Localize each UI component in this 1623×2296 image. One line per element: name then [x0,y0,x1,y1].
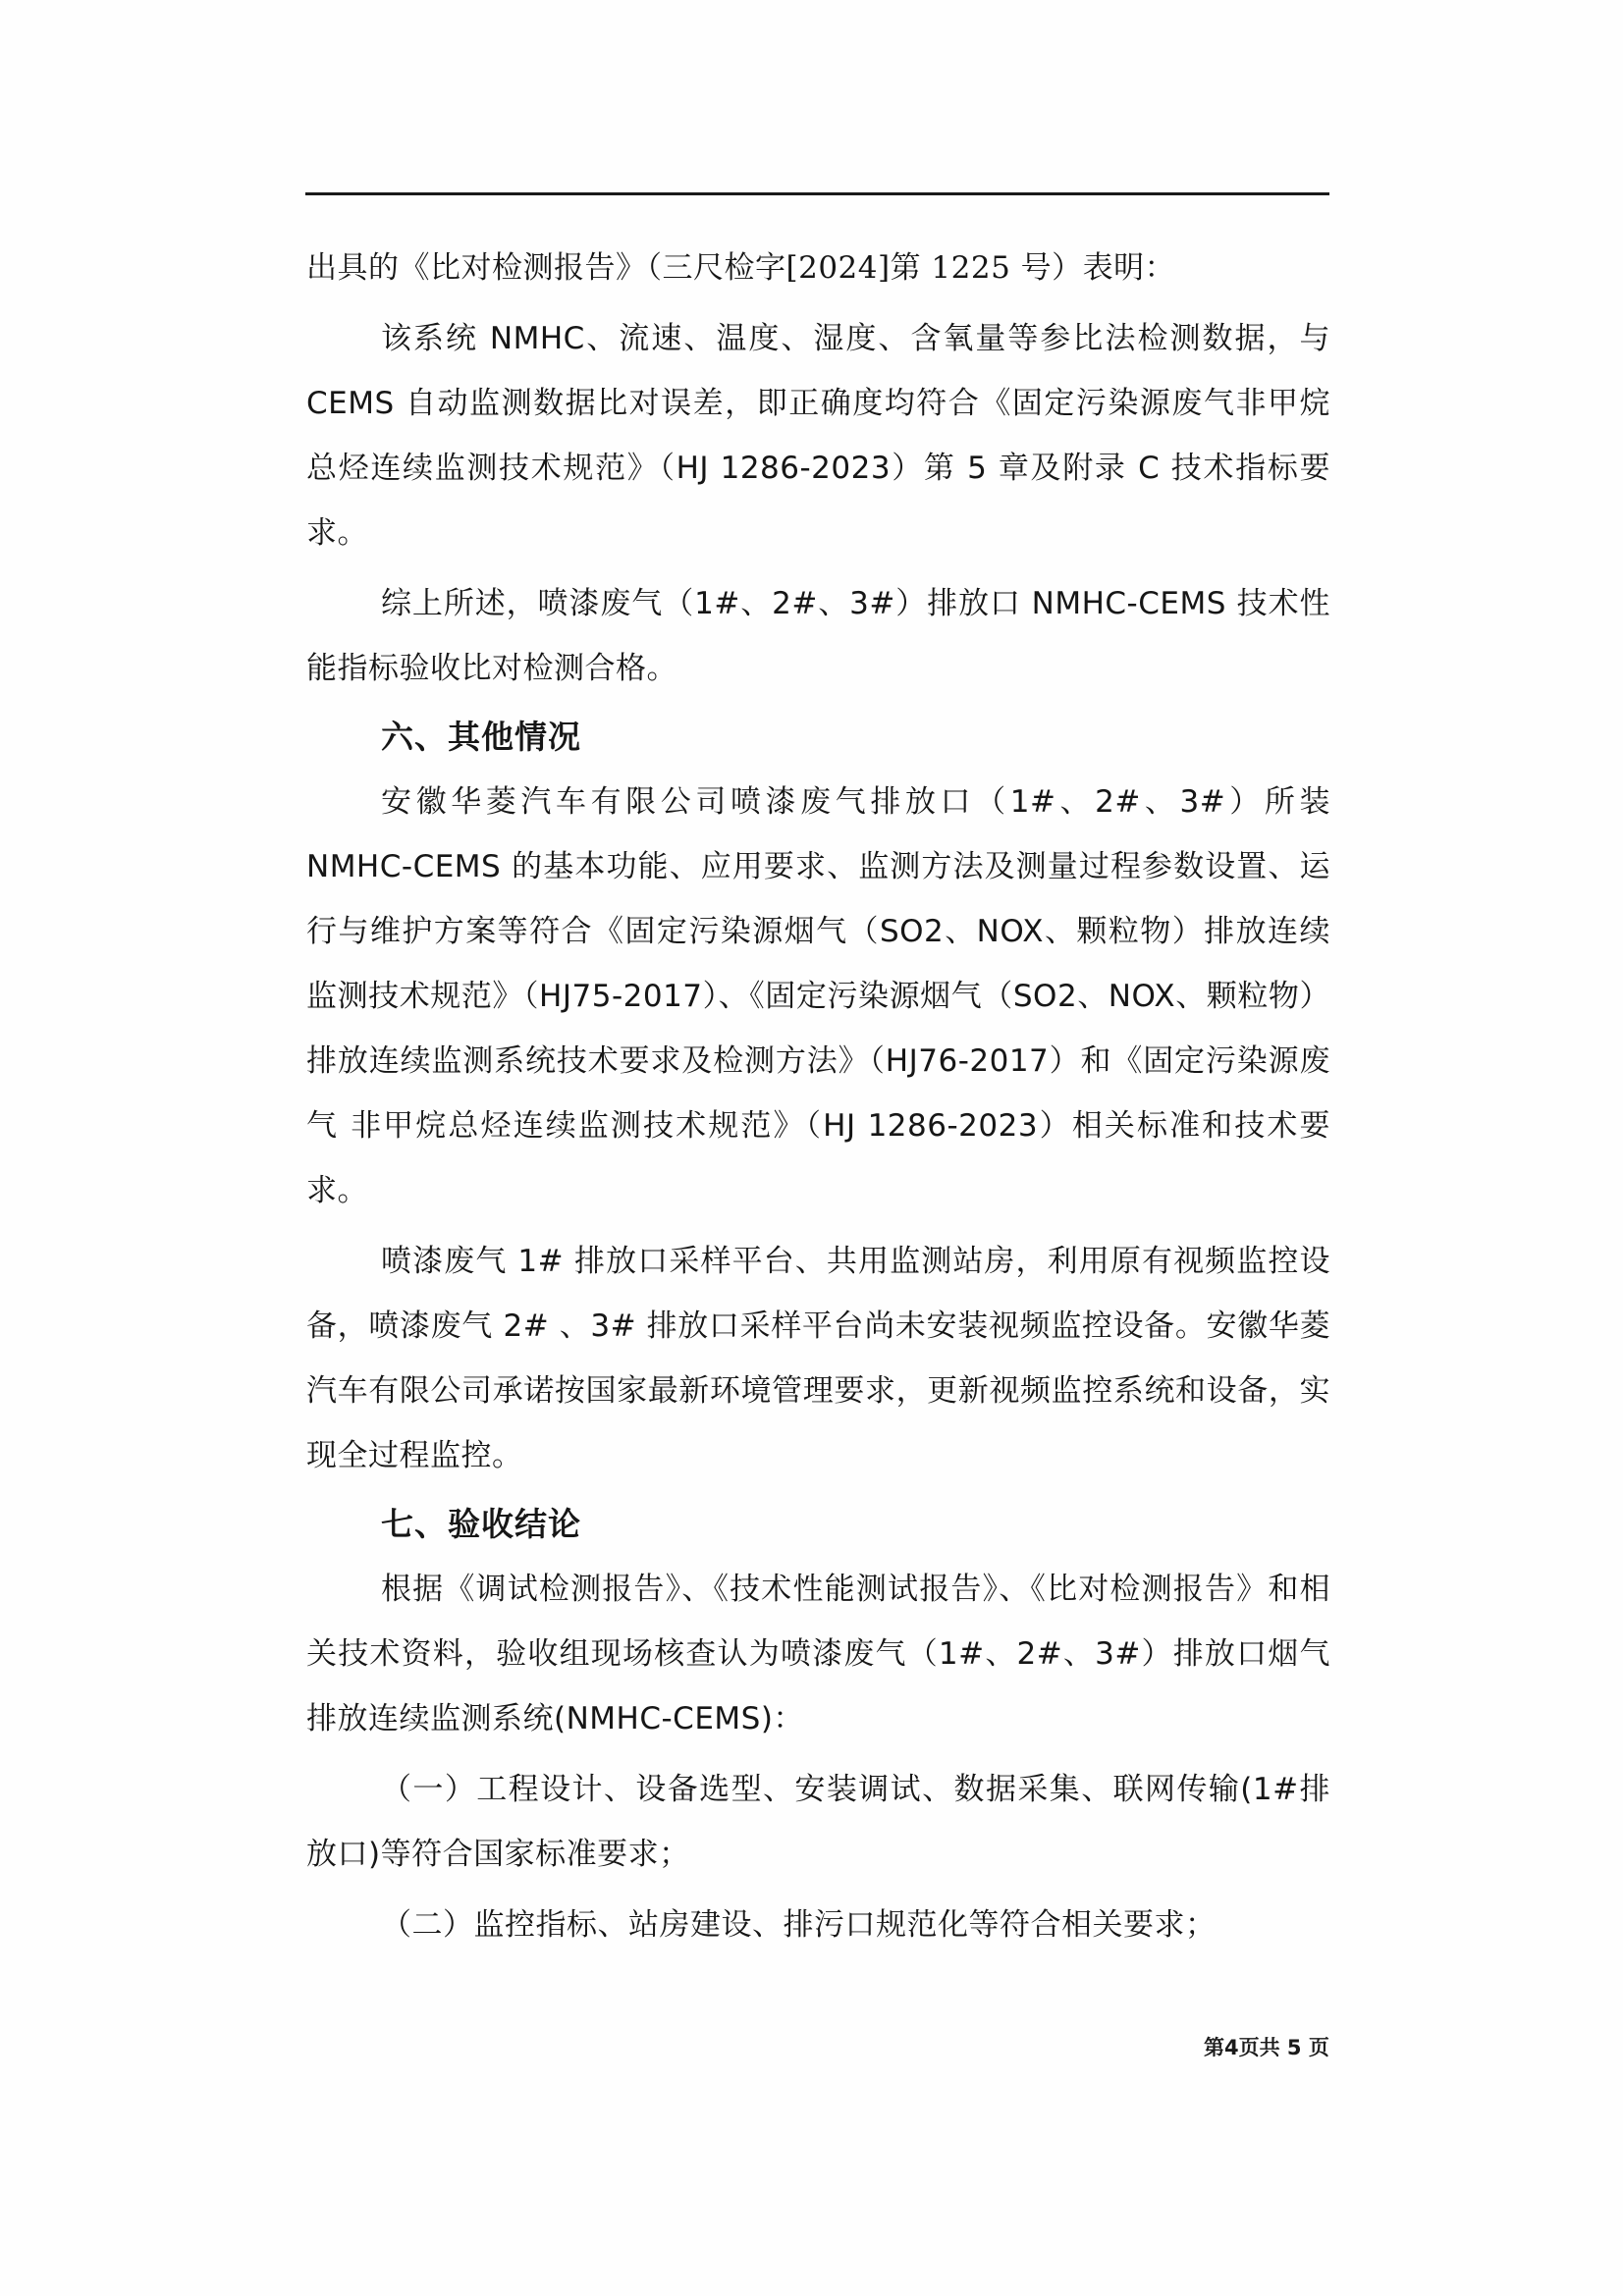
paragraph-conclusion-intro: 根据《调试检测报告》、《技术性能测试报告》、《比对检测报告》和相关技术资料，验收… [306,1557,1330,1751]
paragraph-video-monitoring: 喷漆废气 1# 排放口采样平台、共用监测站房，利用原有视频监控设备，喷漆废气 2… [306,1229,1330,1488]
paragraph-comparison-results: 该系统 NMHC、流速、温度、湿度、含氧量等参比法检测数据，与 CEMS 自动监… [306,306,1330,565]
header-rule [305,192,1329,195]
paragraph-report-reference: 出具的《比对检测报告》（三尺检字[2024]第 1225 号）表明： [306,236,1330,300]
document-page: 出具的《比对检测报告》（三尺检字[2024]第 1225 号）表明： 该系统 N… [0,0,1623,2296]
conclusion-item-1: （一）工程设计、设备选型、安装调试、数据采集、联网传输(1#排放口)等符合国家标… [306,1757,1330,1887]
paragraph-standards-compliance: 安徽华菱汽车有限公司喷漆废气排放口（1#、2#、3#）所装 NMHC-CEMS … [306,770,1330,1223]
conclusion-item-2: （二）监控指标、站房建设、排污口规范化等符合相关要求； [306,1893,1330,1957]
document-body: 出具的《比对检测报告》（三尺检字[2024]第 1225 号）表明： 该系统 N… [306,236,1330,1957]
section-heading-conclusion: 七、验收结论 [306,1492,1330,1557]
paragraph-summary: 综上所述，喷漆废气（1#、2#、3#）排放口 NMHC-CEMS 技术性能指标验… [306,571,1330,701]
page-number: 第4页共 5 页 [1204,2032,1329,2061]
section-heading-other: 六、其他情况 [306,705,1330,770]
